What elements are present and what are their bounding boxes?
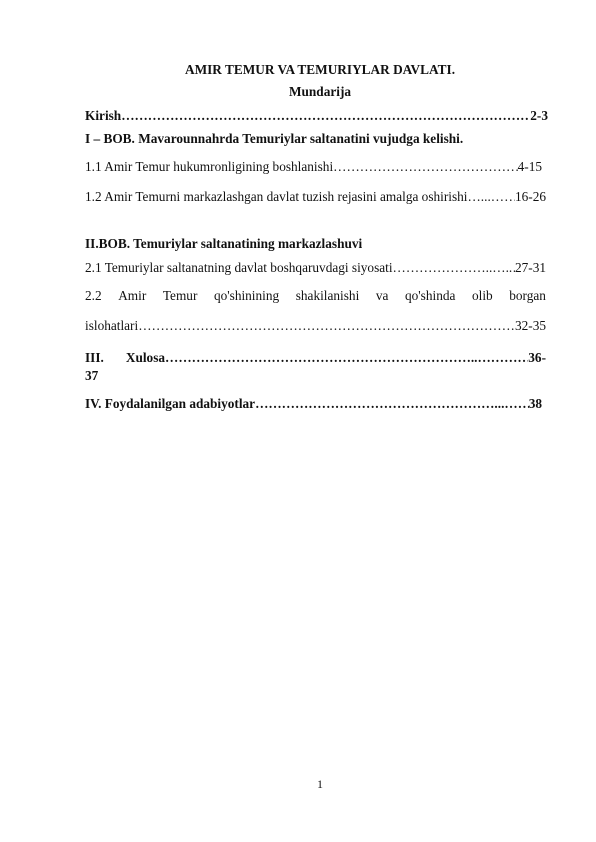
toc-entry-2-2-line1: 2.2 Amir Temur qo'shinining shakilanishi… [85, 288, 546, 304]
toc-leader: …………………………………………………………………………………………………………… [333, 159, 517, 175]
toc-leader: …………………………………………………………………………………………………………… [138, 318, 515, 334]
toc-label: islohatlari [85, 318, 138, 334]
toc-chapter-2: II.BOB. Temuriylar saltanatining markazl… [85, 236, 548, 252]
toc-label: 2.1 Temuriylar saltanatning davlat boshq… [85, 260, 393, 276]
toc-word: olib [472, 288, 493, 304]
toc-word: Amir [118, 288, 146, 304]
document-title: AMIR TEMUR VA TEMURIYLAR DAVLATI. [0, 62, 596, 78]
toc-label: IV. Foydalanilgan adabiyotlar [85, 396, 255, 412]
toc-page: 27-31 [515, 260, 546, 276]
toc-label: Xulosa [126, 350, 165, 366]
toc-word: borgan [509, 288, 546, 304]
toc-entry-2-2-line2: islohatlari …………………………………………………………………………… [85, 318, 546, 334]
toc-page: 32-35 [515, 318, 546, 334]
toc-entry-2-1: 2.1 Temuriylar saltanatning davlat boshq… [85, 260, 546, 276]
toc-leader: …………………..…..…………………………………………………………………………… [393, 260, 515, 276]
toc-leader: ……………………………………………………………..………………………………………… [165, 350, 528, 366]
toc-heading: Mundarija [0, 84, 596, 100]
toc-page: 16-26 [515, 189, 546, 205]
toc-entry-1-2: 1.2 Amir Temurni markazlashgan davlat tu… [85, 189, 546, 205]
toc-chapter-num: III. [85, 350, 104, 366]
toc-page: 2-3 [530, 108, 548, 124]
toc-word: Temur [163, 288, 198, 304]
toc-word: shakilanishi [296, 288, 360, 304]
toc-word: 2.2 [85, 288, 102, 304]
toc-chapter-3-page-cont: 37 [85, 368, 548, 384]
toc-leader: …………………………………………………………………………………………………………… [121, 108, 530, 124]
toc-label: 1.2 Amir Temurni markazlashgan davlat tu… [85, 189, 468, 205]
toc-chapter-1: I – BOB. Mavarounnahrda Temuriylar salta… [85, 131, 548, 147]
toc-word: qo'shinining [214, 288, 279, 304]
toc-label: Kirish [85, 108, 121, 124]
toc-leader: …...………………………………………………………………………………………………… [468, 189, 515, 205]
toc-chapter-4: IV. Foydalanilgan adabiyotlar …………………………… [85, 396, 542, 412]
toc-page: 36- [528, 350, 546, 366]
toc-entry-kirish: Kirish ………………………………………………………………………………………… [85, 108, 548, 124]
toc-chapter-3: III. Xulosa ……………………………………………………………..………… [85, 350, 546, 366]
toc-leader: ………………………………………………...…………………………………………………… [255, 396, 529, 412]
page-number: 1 [0, 777, 596, 792]
toc-label: 1.1 Amir Temur hukumronligining boshlani… [85, 159, 333, 175]
toc-entry-1-1: 1.1 Amir Temur hukumronligining boshlani… [85, 159, 542, 175]
toc-page: 38 [529, 396, 542, 412]
toc-word: qo'shinda [405, 288, 455, 304]
toc-page: 4-15 [518, 159, 542, 175]
toc-word: va [376, 288, 389, 304]
document-page: AMIR TEMUR VA TEMURIYLAR DAVLATI. Mundar… [0, 0, 596, 842]
